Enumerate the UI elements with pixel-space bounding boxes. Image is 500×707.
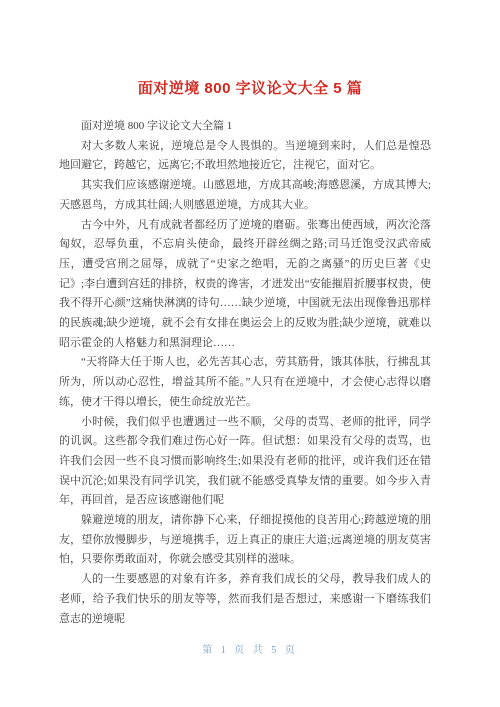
essay-section-heading: 面对逆境 800 字议论文大全篇 1 xyxy=(59,117,431,137)
paragraph: 躲避逆境的朋友，请你静下心来，仔细捉摸他的良苦用心;跨越逆境的朋友，望你放慢脚步… xyxy=(59,511,431,570)
paragraph: 小时候，我们似乎也遭遇过一些不顺，父母的责骂、老师的批评，同学的讥讽。这些都令我… xyxy=(59,413,431,512)
pagination-label: 第 1 页 共 5 页 xyxy=(202,645,298,656)
document-page: 面对逆境 800 字议论文大全 5 篇 面对逆境 800 字议论文大全篇 1 对… xyxy=(0,0,500,707)
essay-body: 面对逆境 800 字议论文大全篇 1 对大多数人来说，逆境总是令人畏惧的。当逆境… xyxy=(59,117,431,629)
paragraph: 对大多数人来说，逆境总是令人畏惧的。当逆境到来时，人们总是惶恐地回避它，跨越它，… xyxy=(59,137,431,176)
paragraph: “天将降大任于斯人也，必先苦其心志，劳其筋骨，饿其体肤，行拂乱其所为，所以动心忍… xyxy=(59,353,431,412)
paragraph: 其实我们应该感谢逆境。山感恩地，方成其高峻;海感恩溪，方成其博大;天感恩鸟，方成… xyxy=(59,176,431,215)
paragraph: 古今中外，凡有成就者都经历了逆境的磨砺。张骞出使西域，两次沦落匈奴，忍辱负重，不… xyxy=(59,216,431,354)
page-title: 面对逆境 800 字议论文大全 5 篇 xyxy=(0,79,500,99)
page-footer: 第 1 页 共 5 页 xyxy=(0,644,500,658)
paragraph: 人的一生要感恩的对象有许多，养育我们成长的父母，教导我们成人的老师，给予我们快乐… xyxy=(59,570,431,629)
